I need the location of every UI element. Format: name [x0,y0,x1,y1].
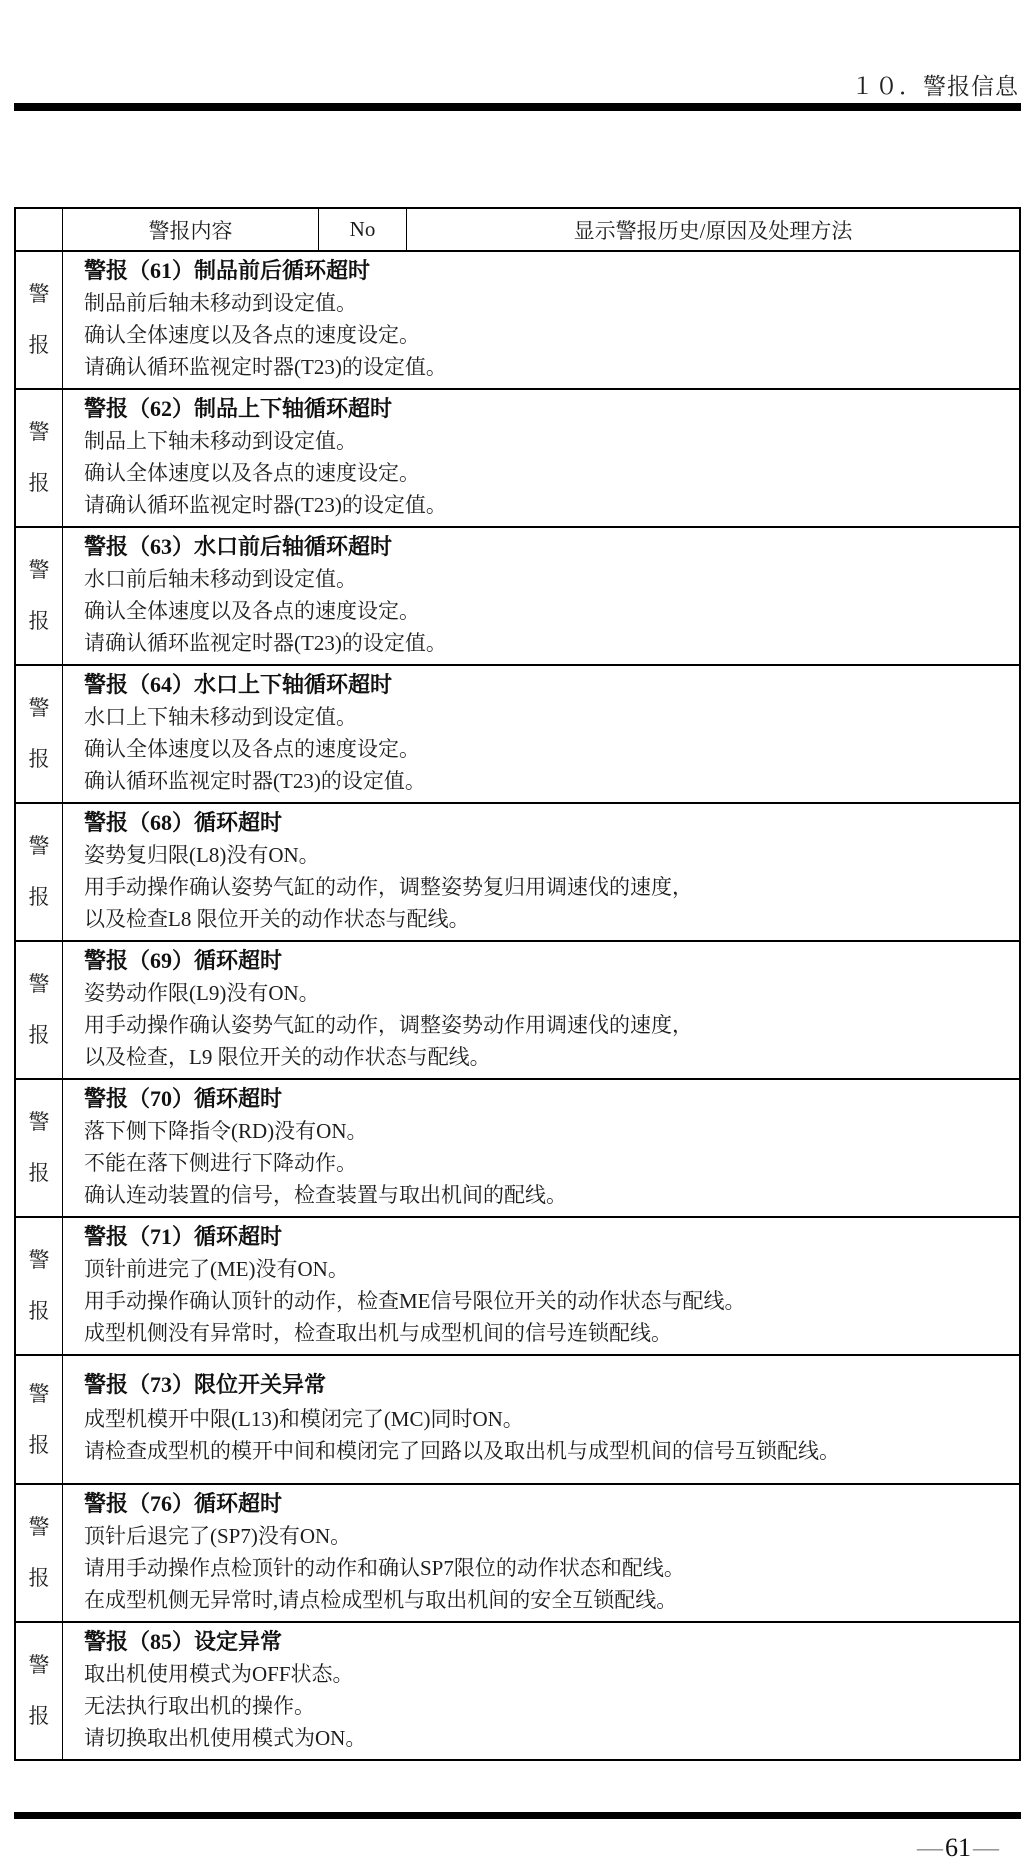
page-number-value: 61 [943,1833,973,1862]
alarm-line: 请确认循环监视定时器(T23)的设定值。 [84,351,1009,383]
alarm-line: 顶针前进完了(ME)没有ON。 [84,1253,1009,1285]
alarm-title: 警报（71）循环超时 [84,1221,1009,1253]
alarm-row-content: 警报（61）制品前后循环超时 制品前后轴未移动到设定值。确认全体速度以及各点的速… [63,252,1019,388]
alarm-row-content: 警报（85）设定异常 取出机使用模式为OFF状态。无法执行取出机的操作。请切换取… [63,1623,1019,1759]
alarm-row-content: 警报（63）水口前后轴循环超时 水口前后轴未移动到设定值。确认全体速度以及各点的… [63,528,1019,664]
table-row: 警报 警报（71）循环超时 顶针前进完了(ME)没有ON。用手动操作确认顶针的动… [16,1216,1019,1354]
alarm-title: 警报（73）限位开关异常 [84,1369,1009,1401]
alarm-line: 确认全体速度以及各点的速度设定。 [84,319,1009,351]
table-row: 警报 警报（64）水口上下轴循环超时 水口上下轴未移动到设定值。确认全体速度以及… [16,664,1019,802]
alarm-line: 姿势复归限(L8)没有ON。 [84,839,1009,871]
alarm-line: 请确认循环监视定时器(T23)的设定值。 [84,489,1009,521]
page-number-dash-right: — [973,1833,999,1862]
alarm-lines: 顶针前进完了(ME)没有ON。用手动操作确认顶针的动作，检查ME信号限位开关的动… [84,1253,1009,1349]
table-row: 警报 警报（76）循环超时 顶针后退完了(SP7)没有ON。请用手动操作点检顶针… [16,1483,1019,1621]
alarm-row-content: 警报（68）循环超时 姿势复归限(L8)没有ON。用手动操作确认姿势气缸的动作，… [63,804,1019,940]
alarm-line: 姿势动作限(L9)没有ON。 [84,977,1009,1009]
alarm-line: 成型机模开中限(L13)和模闭完了(MC)同时ON。 [84,1403,1009,1435]
alarm-line: 确认全体速度以及各点的速度设定。 [84,733,1009,765]
alarm-row-label-char: 报 [29,1435,50,1456]
alarm-title: 警报（70）循环超时 [84,1083,1009,1115]
alarm-row-label: 警报 [16,1623,63,1759]
alarm-lines: 姿势复归限(L8)没有ON。用手动操作确认姿势气缸的动作，调整姿势复归用调速伐的… [84,839,1009,935]
alarm-title: 警报（76）循环超时 [84,1488,1009,1520]
alarm-line: 请用手动操作点检顶针的动作和确认SP7限位的动作状态和配线。 [84,1552,1009,1584]
table-row: 警报 警报（61）制品前后循环超时 制品前后轴未移动到设定值。确认全体速度以及各… [16,252,1019,388]
document-page: １０．警报信息 警报内容 No 显示警报历史/原因及处理方法 警报 警报（61）… [0,0,1035,1868]
alarm-lines: 落下侧下降指令(RD)没有ON。不能在落下侧进行下降动作。确认连动装置的信号，检… [84,1115,1009,1211]
alarm-row-label: 警报 [16,942,63,1078]
alarm-row-label-char: 警 [29,698,50,719]
alarm-row-label: 警报 [16,1080,63,1216]
alarm-title: 警报（62）制品上下轴循环超时 [84,393,1009,425]
table-row: 警报 警报（69）循环超时 姿势动作限(L9)没有ON。用手动操作确认姿势气缸的… [16,940,1019,1078]
alarm-row-label-char: 报 [29,611,50,632]
header-cell-no: No [319,209,407,250]
alarm-line: 确认循环监视定时器(T23)的设定值。 [84,765,1009,797]
alarm-row-label-char: 警 [29,974,50,995]
alarm-lines: 制品上下轴未移动到设定值。确认全体速度以及各点的速度设定。请确认循环监视定时器(… [84,425,1009,521]
alarm-lines: 水口前后轴未移动到设定值。确认全体速度以及各点的速度设定。请确认循环监视定时器(… [84,563,1009,659]
alarm-row-content: 警报（71）循环超时 顶针前进完了(ME)没有ON。用手动操作确认顶针的动作，检… [63,1218,1019,1354]
alarm-line: 以及检查，L9 限位开关的动作状态与配线。 [84,1041,1009,1073]
alarm-line: 用手动操作确认顶针的动作，检查ME信号限位开关的动作状态与配线。 [84,1285,1009,1317]
alarm-title: 警报（69）循环超时 [84,945,1009,977]
table-row: 警报 警报（62）制品上下轴循环超时 制品上下轴未移动到设定值。确认全体速度以及… [16,388,1019,526]
alarm-row-label-char: 警 [29,836,50,857]
alarm-table: 警报内容 No 显示警报历史/原因及处理方法 警报 警报（61）制品前后循环超时… [14,207,1021,1761]
alarm-row-label-char: 报 [29,1706,50,1727]
alarm-row-label-char: 报 [29,1163,50,1184]
table-row: 警报 警报（73）限位开关异常 成型机模开中限(L13)和模闭完了(MC)同时O… [16,1354,1019,1483]
alarm-row-label-char: 警 [29,1250,50,1271]
table-row: 警报 警报（68）循环超时 姿势复归限(L8)没有ON。用手动操作确认姿势气缸的… [16,802,1019,940]
alarm-row-content: 警报（64）水口上下轴循环超时 水口上下轴未移动到设定值。确认全体速度以及各点的… [63,666,1019,802]
alarm-line: 制品上下轴未移动到设定值。 [84,425,1009,457]
alarm-title: 警报（85）设定异常 [84,1626,1009,1658]
alarm-row-label-char: 报 [29,335,50,356]
alarm-row-label: 警报 [16,1356,63,1483]
alarm-row-label-char: 报 [29,1568,50,1589]
alarm-row-label-char: 警 [29,284,50,305]
alarm-row-label-char: 报 [29,473,50,494]
alarm-row-label-char: 报 [29,887,50,908]
alarm-lines: 顶针后退完了(SP7)没有ON。请用手动操作点检顶针的动作和确认SP7限位的动作… [84,1520,1009,1616]
alarm-line: 用手动操作确认姿势气缸的动作，调整姿势复归用调速伐的速度， [84,871,1009,903]
page-number: —61— [917,1833,999,1863]
table-row: 警报 警报（70）循环超时 落下侧下降指令(RD)没有ON。不能在落下侧进行下降… [16,1078,1019,1216]
alarm-row-label: 警报 [16,390,63,526]
alarm-line: 确认全体速度以及各点的速度设定。 [84,595,1009,627]
table-row: 警报 警报（63）水口前后轴循环超时 水口前后轴未移动到设定值。确认全体速度以及… [16,526,1019,664]
alarm-title: 警报（63）水口前后轴循环超时 [84,531,1009,563]
alarm-row-label: 警报 [16,252,63,388]
alarm-line: 落下侧下降指令(RD)没有ON。 [84,1115,1009,1147]
alarm-line: 水口上下轴未移动到设定值。 [84,701,1009,733]
alarm-line: 成型机侧没有异常时，检查取出机与成型机间的信号连锁配线。 [84,1317,1009,1349]
header-cell-alarm-content: 警报内容 [63,209,319,250]
alarm-row-label: 警报 [16,804,63,940]
alarm-line: 请检查成型机的模开中间和模闭完了回路以及取出机与成型机间的信号互锁配线。 [84,1435,1009,1467]
bottom-rule [14,1812,1021,1819]
alarm-line: 确认连动装置的信号，检查装置与取出机间的配线。 [84,1179,1009,1211]
alarm-line: 确认全体速度以及各点的速度设定。 [84,457,1009,489]
alarm-line: 水口前后轴未移动到设定值。 [84,563,1009,595]
alarm-row-label: 警报 [16,1485,63,1621]
alarm-lines: 水口上下轴未移动到设定值。确认全体速度以及各点的速度设定。确认循环监视定时器(T… [84,701,1009,797]
alarm-row-label-char: 警 [29,1384,50,1405]
table-row: 警报 警报（85）设定异常 取出机使用模式为OFF状态。无法执行取出机的操作。请… [16,1621,1019,1759]
alarm-row-content: 警报（70）循环超时 落下侧下降指令(RD)没有ON。不能在落下侧进行下降动作。… [63,1080,1019,1216]
alarm-row-content: 警报（62）制品上下轴循环超时 制品上下轴未移动到设定值。确认全体速度以及各点的… [63,390,1019,526]
alarm-line: 取出机使用模式为OFF状态。 [84,1658,1009,1690]
alarm-line: 顶针后退完了(SP7)没有ON。 [84,1520,1009,1552]
page-number-dash-left: — [917,1833,943,1862]
alarm-lines: 取出机使用模式为OFF状态。无法执行取出机的操作。请切换取出机使用模式为ON。 [84,1658,1009,1754]
alarm-line: 以及检查L8 限位开关的动作状态与配线。 [84,903,1009,935]
alarm-lines: 制品前后轴未移动到设定值。确认全体速度以及各点的速度设定。请确认循环监视定时器(… [84,287,1009,383]
alarm-lines: 姿势动作限(L9)没有ON。用手动操作确认姿势气缸的动作，调整姿势动作用调速伐的… [84,977,1009,1073]
alarm-title: 警报（68）循环超时 [84,807,1009,839]
alarm-row-label-char: 报 [29,1301,50,1322]
alarm-title: 警报（61）制品前后循环超时 [84,255,1009,287]
header-cell-blank [16,209,63,250]
alarm-line: 用手动操作确认姿势气缸的动作，调整姿势动作用调速伐的速度， [84,1009,1009,1041]
alarm-line: 制品前后轴未移动到设定值。 [84,287,1009,319]
alarm-row-label-char: 警 [29,560,50,581]
alarm-row-content: 警报（69）循环超时 姿势动作限(L9)没有ON。用手动操作确认姿势气缸的动作，… [63,942,1019,1078]
alarm-line: 不能在落下侧进行下降动作。 [84,1147,1009,1179]
header-cell-history: 显示警报历史/原因及处理方法 [407,209,1019,250]
top-rule [14,103,1021,111]
alarm-line: 请确认循环监视定时器(T23)的设定值。 [84,627,1009,659]
alarm-row-label-char: 报 [29,749,50,770]
alarm-title: 警报（64）水口上下轴循环超时 [84,669,1009,701]
alarm-row-content: 警报（76）循环超时 顶针后退完了(SP7)没有ON。请用手动操作点检顶针的动作… [63,1485,1019,1621]
alarm-row-label-char: 报 [29,1025,50,1046]
alarm-rows: 警报 警报（61）制品前后循环超时 制品前后轴未移动到设定值。确认全体速度以及各… [16,252,1019,1759]
alarm-row-label-char: 警 [29,1112,50,1133]
alarm-lines: 成型机模开中限(L13)和模闭完了(MC)同时ON。请检查成型机的模开中间和模闭… [84,1403,1009,1467]
chapter-header: １０．警报信息 [851,68,1019,101]
alarm-row-label-char: 警 [29,1517,50,1538]
alarm-row-label-char: 警 [29,422,50,443]
alarm-row-label: 警报 [16,666,63,802]
alarm-line: 请切换取出机使用模式为ON。 [84,1722,1009,1754]
alarm-row-label-char: 警 [29,1655,50,1676]
table-header-row: 警报内容 No 显示警报历史/原因及处理方法 [16,209,1019,252]
alarm-line: 无法执行取出机的操作。 [84,1690,1009,1722]
alarm-row-label: 警报 [16,528,63,664]
alarm-row-content: 警报（73）限位开关异常 成型机模开中限(L13)和模闭完了(MC)同时ON。请… [63,1356,1019,1483]
alarm-line: 在成型机侧无异常时,请点检成型机与取出机间的安全互锁配线。 [84,1584,1009,1616]
alarm-row-label: 警报 [16,1218,63,1354]
